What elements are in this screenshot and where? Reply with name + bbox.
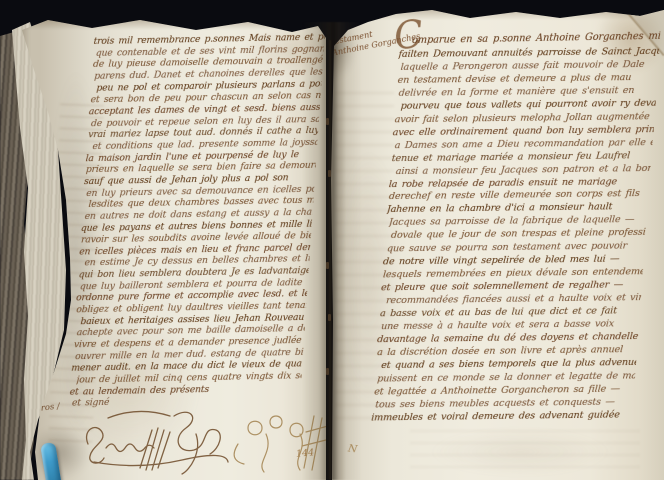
manuscript-photo: trois mil remembrance p.sonnes Mais name… <box>0 0 664 480</box>
binding-stitch <box>328 314 331 321</box>
right-page-top-deckle-shadow <box>332 7 664 20</box>
manuscript-line: omparue en sa p.sonne Anthoine Gorganche… <box>412 31 661 46</box>
gutter-line <box>329 40 331 480</box>
ink-showthrough <box>410 430 640 474</box>
left-page-top-deckle-shadow <box>20 17 328 30</box>
signature-flourishes <box>78 404 330 478</box>
binding-stitch <box>326 262 329 269</box>
folio-mark-right: N <box>347 442 358 455</box>
right-page-text: failten Demouvant annuités parroisse de … <box>371 46 660 428</box>
binding-stitch <box>326 118 329 125</box>
binding-stitch <box>328 170 331 177</box>
left-page-text: trois mil remembrance p.sonnes Mais name… <box>68 32 325 413</box>
paper-stain <box>430 428 610 476</box>
binding-stitch <box>326 368 329 375</box>
